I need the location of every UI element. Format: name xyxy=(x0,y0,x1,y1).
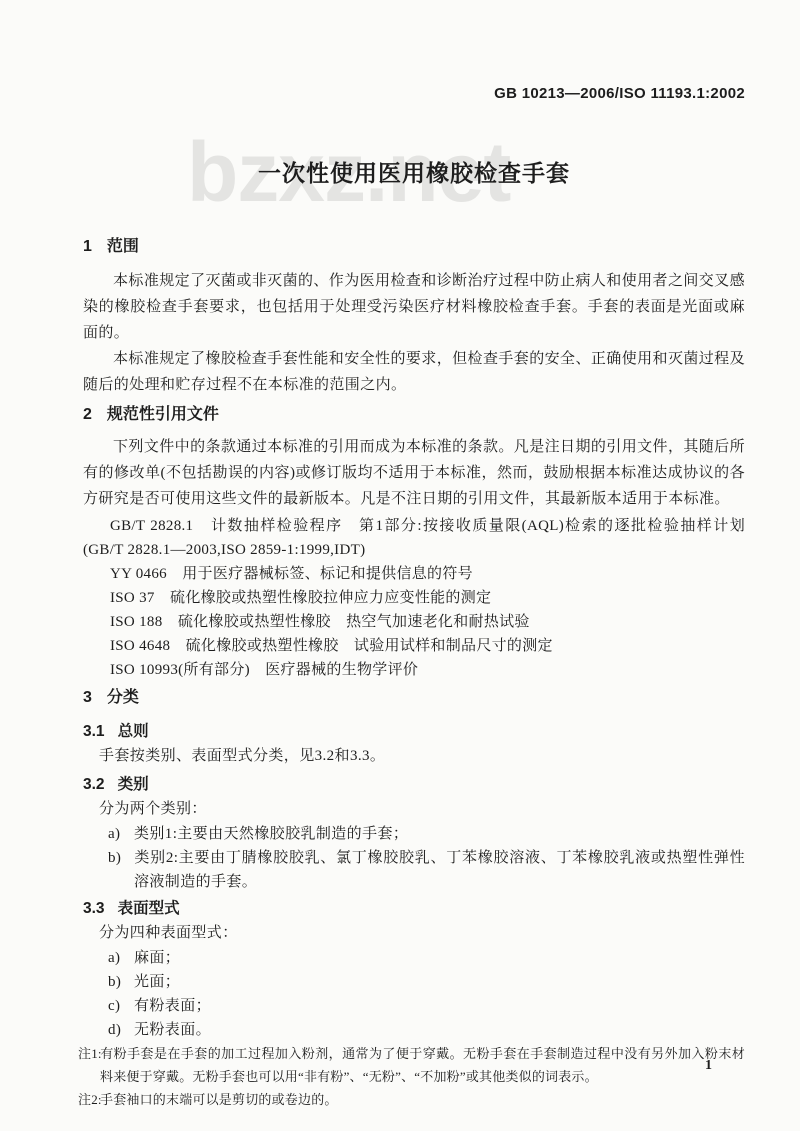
list-marker: a) xyxy=(108,946,134,970)
list-marker: c) xyxy=(108,994,134,1018)
note-label: 注2: xyxy=(78,1088,100,1111)
section-heading-1: 1 范围 xyxy=(83,236,745,258)
reference-item: ISO 4648 硫化橡胶或热塑性橡胶 试验用试样和制品尺寸的测定 xyxy=(83,634,745,658)
paragraph: 分为四种表面型式： xyxy=(83,920,745,946)
section-number: 1 xyxy=(83,236,92,258)
document-page: GB 10213—2006/ISO 11193.1:2002 bzxz.net … xyxy=(0,0,800,1131)
subsection-number: 3.2 xyxy=(83,774,105,796)
reference-item: ISO 10993(所有部分) 医疗器械的生物学评价 xyxy=(83,658,745,682)
paragraph: 本标准规定了橡胶检查手套性能和安全性的要求，但检查手套的安全、正确使用和灭菌过程… xyxy=(83,346,745,398)
page-content: GB 10213—2006/ISO 11193.1:2002 bzxz.net … xyxy=(0,0,800,1111)
section-number: 3 xyxy=(83,687,92,709)
section-heading-3: 3 分类 xyxy=(83,687,745,709)
standard-number: GB 10213—2006/ISO 11193.1:2002 xyxy=(83,0,745,104)
list-marker: d) xyxy=(108,1018,134,1042)
reference-item: ISO 188 硫化橡胶或热塑性橡胶 热空气加速老化和耐热试验 xyxy=(83,610,745,634)
section-title: 规范性引用文件 xyxy=(107,404,219,426)
reference-item: ISO 37 硫化橡胶或热塑性橡胶拉伸应力应变性能的测定 xyxy=(83,586,745,610)
list-item-text: 类别2:主要由丁腈橡胶胶乳、氯丁橡胶胶乳、丁苯橡胶溶液、丁苯橡胶乳液或热塑性弹性… xyxy=(134,850,745,890)
document-title: 一次性使用医用橡胶检查手套 xyxy=(83,156,745,190)
subsection-heading-3-2: 3.2 类别 xyxy=(83,774,745,796)
subsection-number: 3.3 xyxy=(83,898,105,920)
paragraph: 下列文件中的条款通过本标准的引用而成为本标准的条款。凡是注日期的引用文件，其随后… xyxy=(83,434,745,512)
subsection-heading-3-1: 3.1 总则 xyxy=(83,721,745,743)
list-item-text: 无粉表面。 xyxy=(134,1022,211,1038)
subsection-number: 3.1 xyxy=(83,721,105,743)
section-title: 分类 xyxy=(107,687,139,709)
title-block: bzxz.net 一次性使用医用橡胶检查手套 xyxy=(83,156,745,200)
paragraph: 手套按类别、表面型式分类，见3.2和3.3。 xyxy=(83,743,745,769)
paragraph: 本标准规定了灭菌或非灭菌的、作为医用检查和诊断治疗过程中防止病人和使用者之间交叉… xyxy=(83,268,745,346)
list-item: b)类别2:主要由丁腈橡胶胶乳、氯丁橡胶胶乳、丁苯橡胶溶液、丁苯橡胶乳液或热塑性… xyxy=(108,846,745,894)
section-heading-2: 2 规范性引用文件 xyxy=(83,404,745,426)
subsection-title: 总则 xyxy=(118,721,149,743)
list-item: a)类别1:主要由天然橡胶胶乳制造的手套； xyxy=(108,822,745,846)
list-item-text: 类别1:主要由天然橡胶胶乳制造的手套； xyxy=(134,826,408,842)
section-title: 范围 xyxy=(107,236,139,258)
reference-item: YY 0466 用于医疗器械标签、标记和提供信息的符号 xyxy=(83,562,745,586)
note-label: 注1: xyxy=(78,1042,100,1065)
subsection-title: 类别 xyxy=(118,774,149,796)
subsection-heading-3-3: 3.3 表面型式 xyxy=(83,898,745,920)
list-item: a)麻面； xyxy=(108,946,745,970)
list-marker: b) xyxy=(108,846,134,870)
list-item: d)无粉表面。 xyxy=(108,1018,745,1042)
list-item-text: 光面； xyxy=(134,974,180,990)
note: 注2:手套袖口的末端可以是剪切的或卷边的。 xyxy=(78,1088,745,1111)
list-item: b)光面； xyxy=(108,970,745,994)
paragraph: 分为两个类别： xyxy=(83,796,745,822)
reference-item: GB/T 2828.1 计数抽样检验程序 第1部分:按接收质量限(AQL)检索的… xyxy=(83,514,745,562)
note: 注1:有粉手套是在手套的加工过程加入粉剂，通常为了便于穿戴。无粉手套在手套制造过… xyxy=(78,1042,745,1088)
list-marker: b) xyxy=(108,970,134,994)
list-item-text: 有粉表面； xyxy=(134,998,211,1014)
list-marker: a) xyxy=(108,822,134,846)
list-item: c)有粉表面； xyxy=(108,994,745,1018)
page-number: 1 xyxy=(705,1058,712,1074)
note-text: 有粉手套是在手套的加工过程加入粉剂，通常为了便于穿戴。无粉手套在手套制造过程中没… xyxy=(100,1046,745,1084)
section-number: 2 xyxy=(83,404,92,426)
list-item-text: 麻面； xyxy=(134,950,180,966)
note-text: 手套袖口的末端可以是剪切的或卷边的。 xyxy=(100,1092,338,1107)
subsection-title: 表面型式 xyxy=(118,898,180,920)
